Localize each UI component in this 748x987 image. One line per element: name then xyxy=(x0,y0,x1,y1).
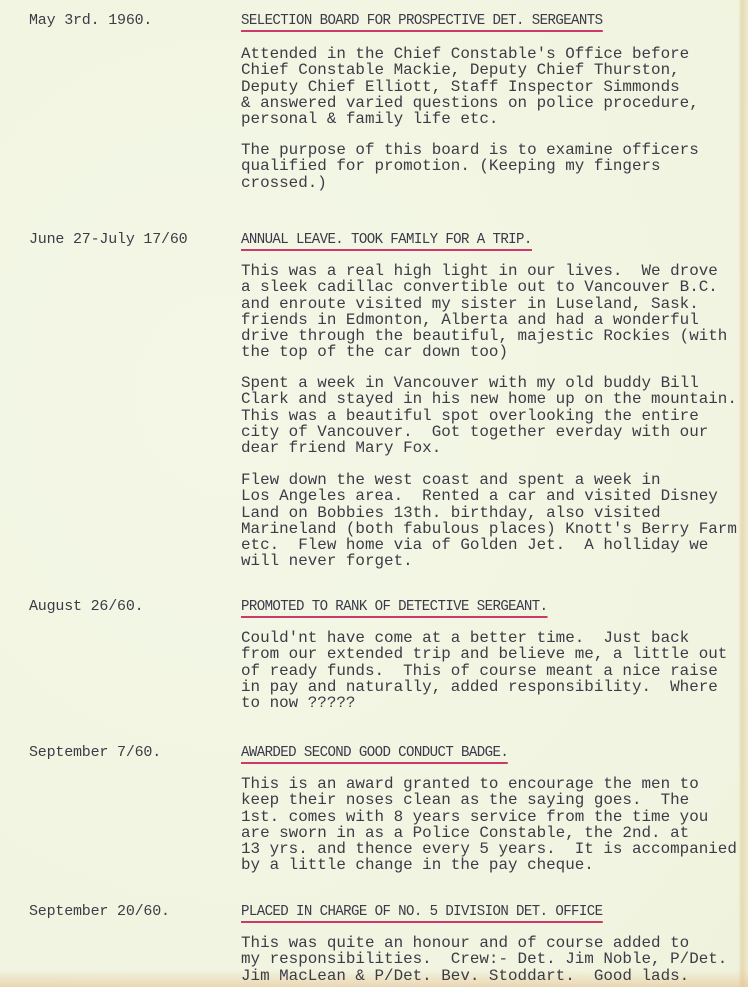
typed-diary-page: May 3rd. 1960. SELECTION BOARD FOR PROSP… xyxy=(0,0,748,987)
entry-heading: PROMOTED TO RANK OF DETECTIVE SERGEANT. xyxy=(241,599,547,618)
entry-date: August 26/60. xyxy=(29,599,143,615)
entry-paragraph: This was a real high light in our lives.… xyxy=(241,263,727,361)
entry-heading: PLACED IN CHARGE OF NO. 5 DIVISION DET. … xyxy=(241,904,602,923)
entry-paragraph: Could'nt have come at a better time. Jus… xyxy=(241,630,727,711)
entry-heading: ANNUAL LEAVE. TOOK FAMILY FOR A TRIP. xyxy=(241,232,532,251)
entry-date: September 7/60. xyxy=(29,745,161,761)
entry-heading: AWARDED SECOND GOOD CONDUCT BADGE. xyxy=(241,745,508,764)
entry-date: September 20/60. xyxy=(29,904,170,920)
entry-paragraph: Attended in the Chief Constable's Office… xyxy=(241,46,699,127)
entry-date: May 3rd. 1960. xyxy=(29,13,152,29)
entry-heading: SELECTION BOARD FOR PROSPECTIVE DET. SER… xyxy=(241,13,602,32)
entry-paragraph: This is an award granted to encourage th… xyxy=(241,776,737,874)
entry-paragraph: Spent a week in Vancouver with my old bu… xyxy=(241,375,737,456)
entry-paragraph: Flew down the west coast and spent a wee… xyxy=(241,472,737,570)
entry-paragraph: The purpose of this board is to examine … xyxy=(241,142,699,191)
entry-date: June 27-July 17/60 xyxy=(29,232,187,248)
entry-paragraph: This was quite an honour and of course a… xyxy=(241,935,727,984)
